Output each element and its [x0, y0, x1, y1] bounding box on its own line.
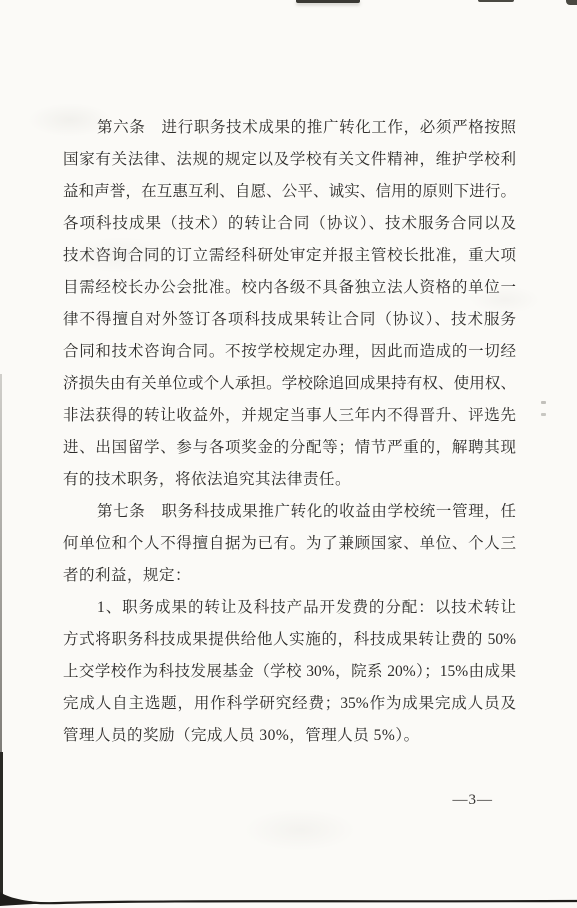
document-body-text: 第六条 进行职务技术成果的推广转化工作，必须严格按照 国家有关法律、法规的规定以… [63, 112, 516, 752]
scan-artifact-right-dash-2 [541, 413, 546, 416]
text-line: 目需经校长办公会批准。校内各级不具备独立法人资格的单位一 [63, 272, 516, 304]
text-line: 进、出国留学、参与各项奖金的分配等；情节严重的，解聘其现 [63, 432, 516, 464]
scan-artifact-right-dash-1 [541, 401, 546, 404]
text-line: 技术咨询合同的订立需经科研处审定并报主管校长批准，重大项 [63, 240, 516, 272]
text-line: 有的技术职务，将依法追究其法律责任。 [63, 464, 516, 496]
text-line: 国家有关法律、法规的规定以及学校有关文件精神，维护学校利 [63, 144, 516, 176]
scan-artifact-left-edge-line [0, 374, 2, 756]
text-line: 合同和技术咨询合同。不按学校规定办理，因此而造成的一切经 [63, 336, 516, 368]
paragraph-article-6: 第六条 进行职务技术成果的推广转化工作，必须严格按照 国家有关法律、法规的规定以… [63, 112, 516, 496]
text-line: 上交学校作为科技发展基金（学校 30%，院系 20%）；15%由成果 [63, 656, 516, 688]
text-line: 1、职务成果的转让及科技产品开发费的分配：以技术转让 [63, 592, 516, 624]
text-line: 非法获得的转让收益外，并规定当事人三年内不得晋升、评选先 [63, 400, 516, 432]
text-line: 济损失由有关单位或个人承担。学校除追回成果持有权、使用权、 [63, 368, 516, 400]
scan-artifact-top-mark-2 [478, 0, 514, 2]
text-line: 第七条 职务科技成果推广转化的收益由学校统一管理，任 [63, 496, 516, 528]
text-line: 者的利益，规定： [63, 560, 516, 592]
text-line: 完成人自主选题，用作科学研究经费；35%作为成果完成人员及 [63, 688, 516, 720]
text-line: 律不得擅自对外签订各项科技成果转让合同（协议）、技术服务 [63, 304, 516, 336]
scanned-document-page: 第六条 进行职务技术成果的推广转化工作，必须严格按照 国家有关法律、法规的规定以… [0, 0, 577, 908]
text-line: 益和声誉，在互惠互利、自愿、公平、诚实、信用的原则下进行。 [63, 176, 516, 208]
scan-artifact-top-right-corner [566, 0, 577, 5]
text-line: 管理人员的奖励（完成人员 30%，管理人员 5%）。 [63, 720, 516, 752]
page-number: —3— [453, 792, 494, 809]
text-line: 各项科技成果（技术）的转让合同（协议）、技术服务合同以及 [63, 208, 516, 240]
scan-artifact-top-mark-1 [296, 0, 360, 3]
scan-artifact-bottom-edge [0, 892, 577, 908]
paragraph-item-1: 1、职务成果的转让及科技产品开发费的分配：以技术转让 方式将职务科技成果提供给他… [63, 592, 516, 752]
text-line: 方式将职务科技成果提供给他人实施的，科技成果转让费的 50% [63, 624, 516, 656]
paragraph-article-7: 第七条 职务科技成果推广转化的收益由学校统一管理，任 何单位和个人不得擅自据为已… [63, 496, 516, 592]
text-line: 第六条 进行职务技术成果的推广转化工作，必须严格按照 [63, 112, 516, 144]
scan-artifact-left-edge-line-dark [0, 752, 3, 904]
text-line: 何单位和个人不得擅自据为已有。为了兼顾国家、单位、个人三 [63, 528, 516, 560]
